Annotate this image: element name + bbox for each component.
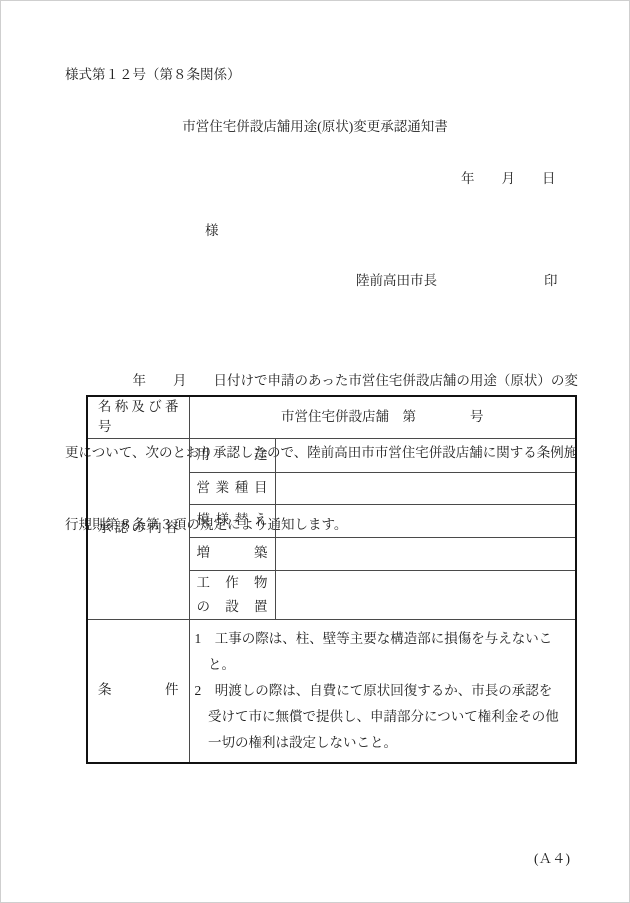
use-label: 用途 [189,438,275,472]
document-title: 市営住宅併設店舗用途(原状)変更承認通知書 [1,117,629,137]
approval-table: 名称及び番号 市営住宅併設店舗 第 号 承認の内容 用途 営業種目 模様替え 増… [86,395,577,764]
structure-install-label: 工作物 の設置 [189,570,275,619]
seal-mark: 印 [544,271,558,291]
form-number: 様式第１２号（第８条関係） [65,65,241,85]
business-type-label: 営業種目 [189,472,275,504]
structure-install-value-cell [275,570,576,619]
date-placeholder: 年 月 日 [461,169,556,189]
recipient-honorific: 様 [205,221,219,241]
extension-value-cell [275,537,576,570]
name-number-label: 名称及び番号 [87,396,189,438]
approval-content-label: 承認の内容 [87,438,189,619]
table-row: 名称及び番号 市営住宅併設店舗 第 号 [87,396,576,438]
use-value-cell [275,438,576,472]
paper-size-note: (Ａ４) [534,849,570,869]
business-type-value-cell [275,472,576,504]
remodel-value-cell [275,504,576,537]
document-page: 様式第１２号（第８条関係） 市営住宅併設店舗用途(原状)変更承認通知書 年 月 … [0,0,630,903]
extension-label: 増築 [189,537,275,570]
table-row: 承認の内容 用途 [87,438,576,472]
table-row: 条件 1 工事の際は、柱、壁等主要な構造部に損傷を与えないこ と。 2 明渡しの… [87,619,576,763]
name-number-value: 市営住宅併設店舗 第 号 [189,396,576,438]
conditions-label: 条件 [87,619,189,763]
conditions-text: 1 工事の際は、柱、壁等主要な構造部に損傷を与えないこ と。 2 明渡しの際は、… [189,619,576,763]
remodel-label: 模様替え [189,504,275,537]
issuer-title: 陸前高田市長 [356,271,437,291]
body-line: 年 月 日付けで申請のあった市営住宅併設店舗の用途（原状）の変 [65,369,585,393]
